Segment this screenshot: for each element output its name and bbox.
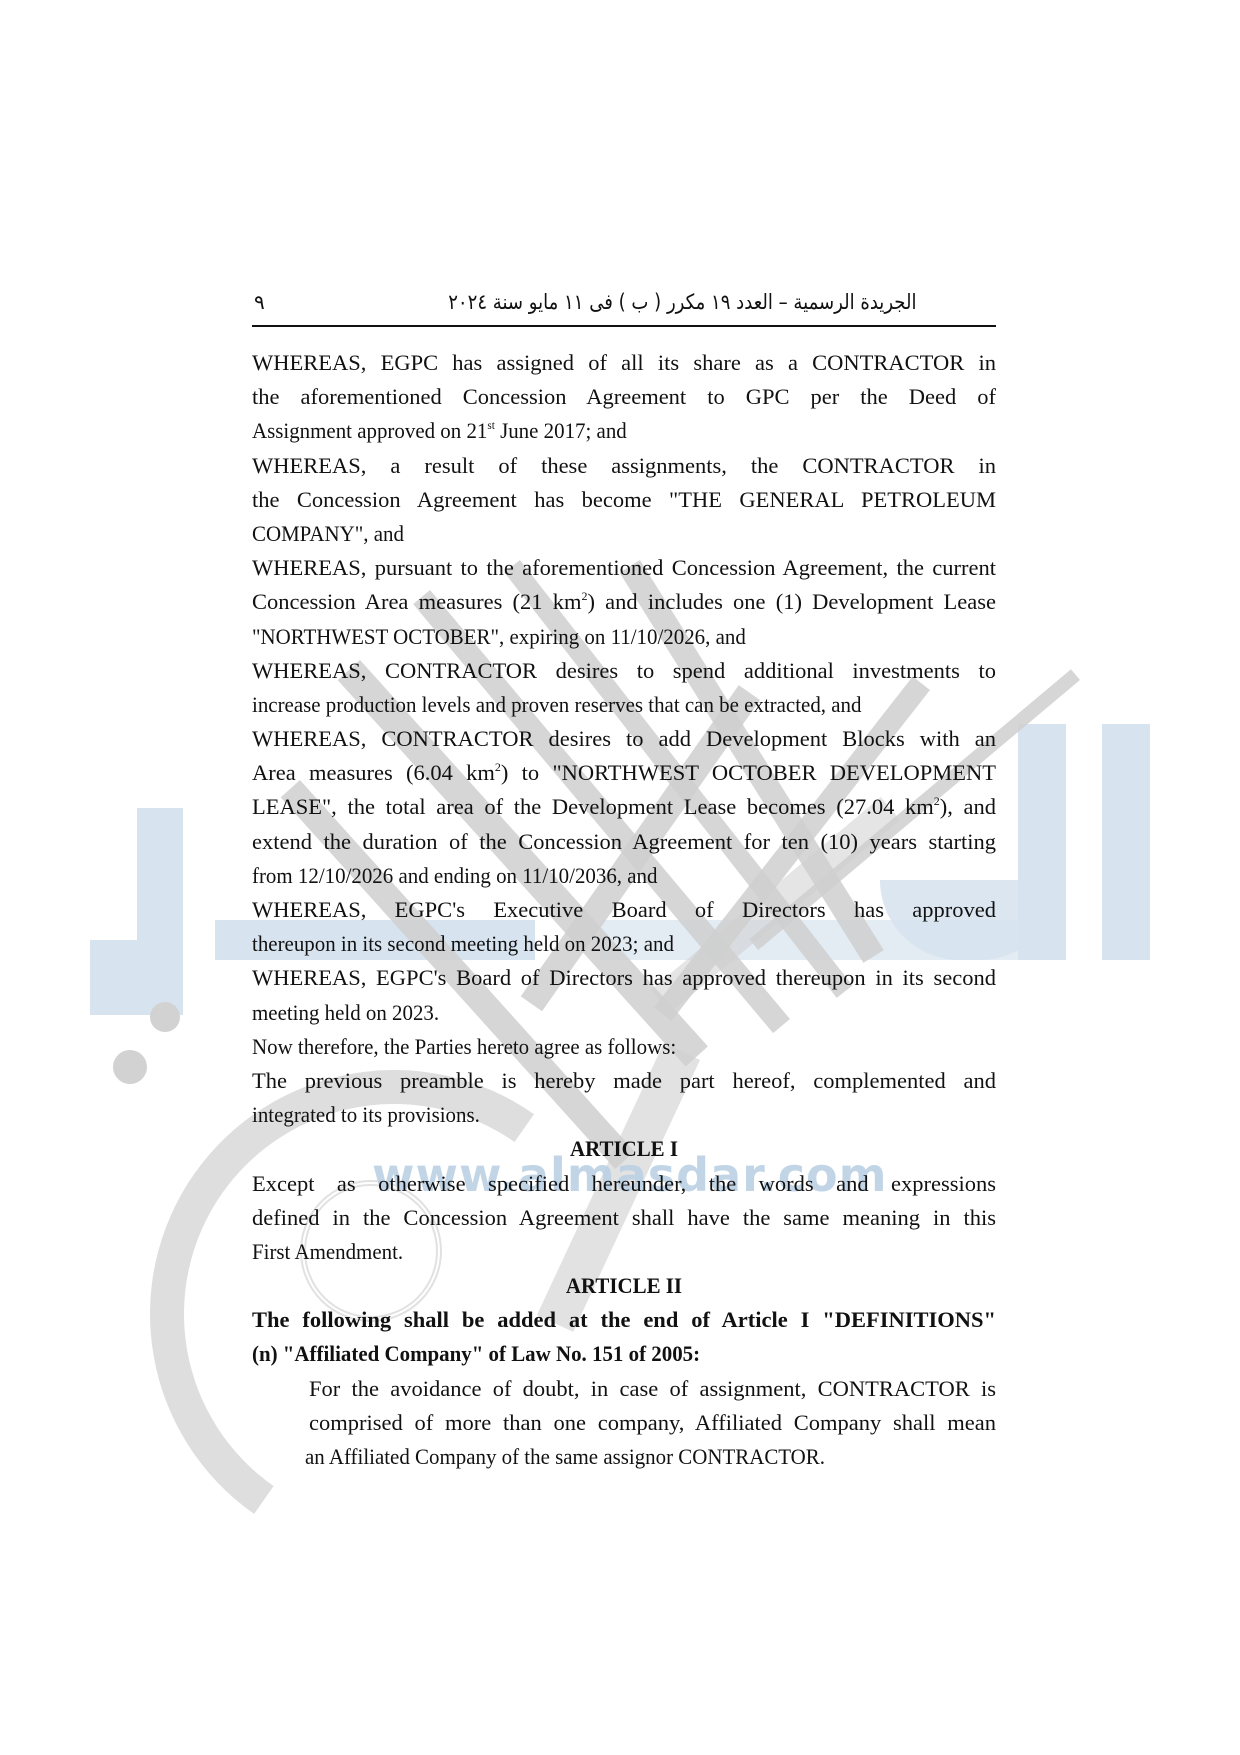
watermark-dot bbox=[113, 1050, 147, 1084]
paragraph-whereas-development-blocks-line: Area measures (6.04 km2) to "NORTHWEST O… bbox=[252, 756, 996, 790]
paragraph-whereas-development-blocks-line: from 12/10/2026 and ending on 11/10/2036… bbox=[252, 859, 944, 893]
article-1-heading: ARTICLE I bbox=[278, 1132, 970, 1166]
paragraph-whereas-concession-area-line: WHEREAS, pursuant to the aforementioned … bbox=[252, 551, 996, 585]
paragraph-whereas-development-blocks-line: LEASE", the total area of the Developmen… bbox=[252, 790, 996, 824]
paragraph-whereas-assignment-line: the aforementioned Concession Agreement … bbox=[252, 380, 996, 414]
definition-affiliated-company-line: comprised of more than one company, Affi… bbox=[252, 1406, 996, 1440]
gazette-header: ٩ الجريدة الرسمية – العدد ١٩ مكرر ( ب ) … bbox=[252, 284, 996, 320]
article-1-text-line: Except as otherwise specified hereunder,… bbox=[252, 1167, 996, 1201]
paragraph-whereas-result-line: the Concession Agreement has become "THE… bbox=[252, 483, 996, 517]
paragraph-whereas-executive-board-line: thereupon in its second meeting held on … bbox=[252, 927, 944, 961]
header-rule bbox=[252, 325, 996, 327]
article-1-text-line: First Amendment. bbox=[252, 1235, 944, 1269]
paragraph-preamble-line: integrated to its provisions. bbox=[252, 1098, 944, 1132]
paragraph-whereas-concession-area-line: Concession Area measures (21 km2) and in… bbox=[252, 585, 996, 619]
paragraph-whereas-assignment-line: Assignment approved on 21st June 2017; a… bbox=[252, 414, 944, 448]
paragraph-whereas-concession-area-line: "NORTHWEST OCTOBER", expiring on 11/10/2… bbox=[252, 620, 944, 654]
article-1-text-line: defined in the Concession Agreement shal… bbox=[252, 1201, 996, 1235]
paragraph-whereas-development-blocks-line: extend the duration of the Concession Ag… bbox=[252, 825, 996, 859]
document-body: WHEREAS, EGPC has assigned of all its sh… bbox=[252, 346, 996, 1474]
paragraph-preamble-line: The previous preamble is hereby made par… bbox=[252, 1064, 996, 1098]
paragraph-whereas-investments-line: increase production levels and proven re… bbox=[252, 688, 944, 722]
paragraph-whereas-investments-line: WHEREAS, CONTRACTOR desires to spend add… bbox=[252, 654, 996, 688]
paragraph-whereas-board-line: meeting held on 2023. bbox=[252, 996, 944, 1030]
paragraph-now-therefore-line: Now therefore, the Parties hereto agree … bbox=[252, 1030, 944, 1064]
definition-affiliated-company-line: an Affiliated Company of the same assign… bbox=[252, 1440, 944, 1474]
article-2-intro-line: The following shall be added at the end … bbox=[252, 1303, 996, 1337]
watermark-letter-j bbox=[90, 940, 183, 1015]
paragraph-whereas-result-line: COMPANY", and bbox=[252, 517, 944, 551]
definition-affiliated-company-line: For the avoidance of doubt, in case of a… bbox=[252, 1372, 996, 1406]
page-number: ٩ bbox=[254, 284, 265, 320]
watermark-letter-bar bbox=[1102, 724, 1150, 960]
watermark-letter-j bbox=[137, 808, 183, 978]
paragraph-whereas-board-line: WHEREAS, EGPC's Board of Directors has a… bbox=[252, 961, 996, 995]
article-2-intro-line: (n) "Affiliated Company" of Law No. 151 … bbox=[252, 1337, 944, 1371]
watermark-dot bbox=[150, 1002, 180, 1032]
article-2-heading: ARTICLE II bbox=[278, 1269, 970, 1303]
paragraph-whereas-assignment-line: WHEREAS, EGPC has assigned of all its sh… bbox=[252, 346, 996, 380]
watermark-letter-bar bbox=[1018, 724, 1066, 960]
paragraph-whereas-executive-board-line: WHEREAS, EGPC's Executive Board of Direc… bbox=[252, 893, 996, 927]
gazette-title: الجريدة الرسمية – العدد ١٩ مكرر ( ب ) فى… bbox=[448, 284, 916, 320]
paragraph-whereas-development-blocks-line: WHEREAS, CONTRACTOR desires to add Devel… bbox=[252, 722, 996, 756]
paragraph-whereas-result-line: WHEREAS, a result of these assignments, … bbox=[252, 449, 996, 483]
